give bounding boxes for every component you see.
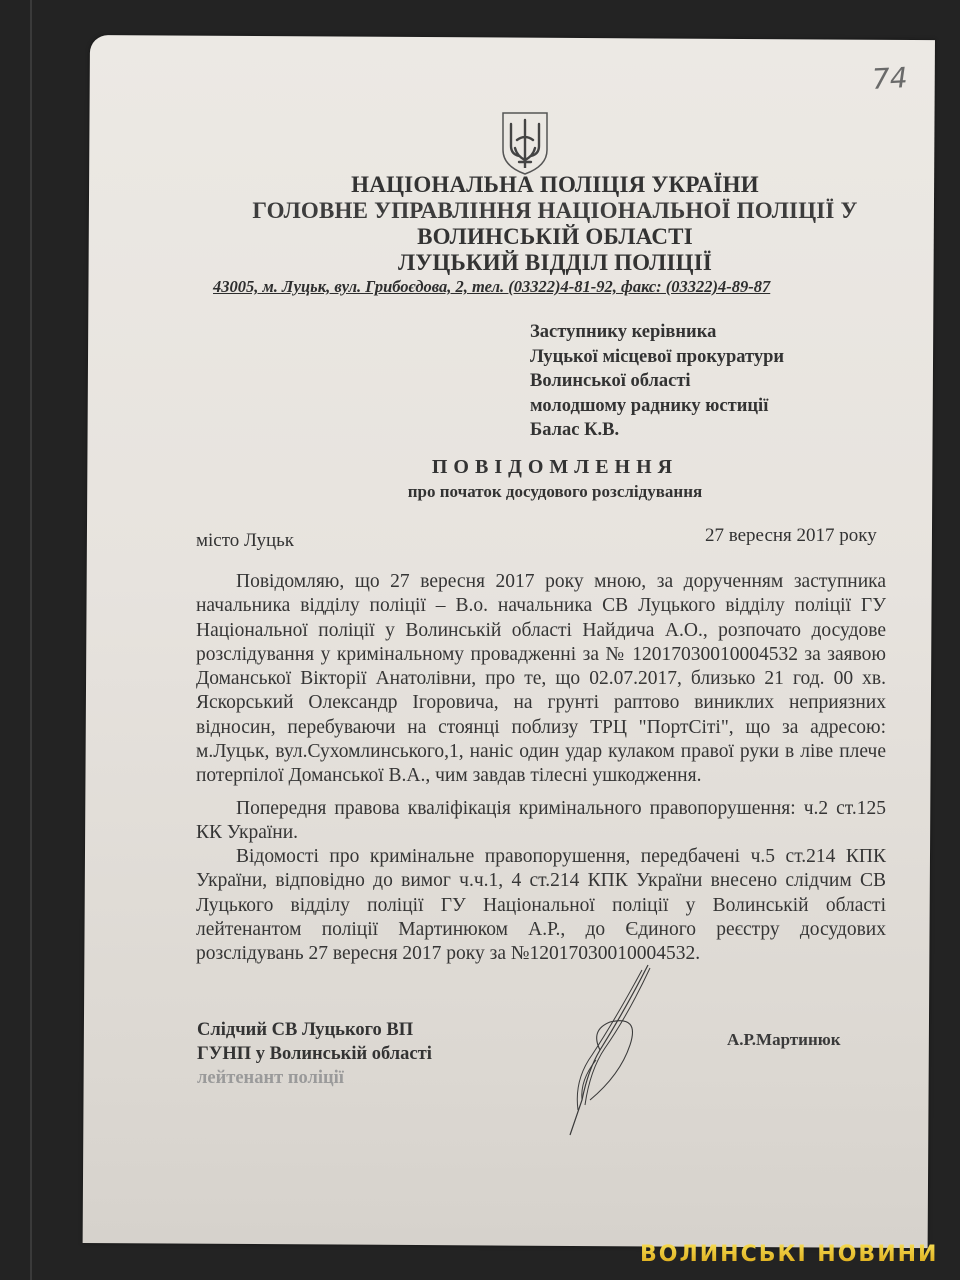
recipient-line: Луцької місцевої прокуратури	[530, 345, 784, 370]
paragraph-text: Повідомляю, що 27 вересня 2017 року мною…	[196, 570, 886, 789]
signatory-position: Слідчий СВ Луцького ВП ГУНП у Волинській…	[197, 1018, 432, 1090]
recipient-block: Заступнику керівника Луцької місцевої пр…	[530, 320, 784, 443]
signatory-position-line: лейтенант поліції	[197, 1066, 432, 1090]
recipient-line: молодшому раднику юстиції	[530, 394, 784, 419]
body-paragraph-qualification: Попередня правова кваліфікація криміналь…	[196, 797, 886, 846]
document-date: 27 вересня 2017 року	[705, 525, 877, 547]
recipient-line: Балас К.В.	[530, 418, 784, 443]
header-line-national-police: НАЦІОНАЛЬНА ПОЛІЦІЯ УКРАЇНИ	[200, 172, 910, 198]
header-address: 43005, м. Луцьк, вул. Грибоєдова, 2, тел…	[213, 277, 770, 297]
recipient-line: Заступнику керівника	[530, 320, 784, 345]
signatory-name: А.Р.Мартинюк	[727, 1030, 841, 1050]
watermark-logo: ВОЛИНСЬКІ НОВИНИ	[640, 1242, 938, 1267]
header-line-region: ВОЛИНСЬКІЙ ОБЛАСТІ	[200, 224, 910, 250]
recipient-line: Волинської області	[530, 369, 784, 394]
body-paragraph-notification: Повідомляю, що 27 вересня 2017 року мною…	[196, 570, 886, 789]
body-paragraph-registry: Відомості про кримінальне правопорушення…	[196, 845, 886, 966]
document-city: місто Луцьк	[196, 530, 294, 552]
background-edge	[30, 0, 32, 1280]
handwritten-page-number: 74	[871, 61, 908, 96]
document-title: ПОВІДОМЛЕННЯ	[200, 456, 910, 479]
signatory-position-line: Слідчий СВ Луцького ВП	[197, 1018, 432, 1042]
paragraph-text: Попередня правова кваліфікація криміналь…	[196, 797, 886, 846]
signatory-position-line: ГУНП у Волинській області	[197, 1042, 432, 1066]
trident-coat-of-arms-icon	[497, 110, 553, 176]
document-subtitle: про початок досудового розслідування	[200, 482, 910, 502]
header-line-main-department: ГОЛОВНЕ УПРАВЛІННЯ НАЦІОНАЛЬНОЇ ПОЛІЦІЇ …	[200, 198, 910, 224]
paragraph-text: Відомості про кримінальне правопорушення…	[196, 845, 886, 966]
signature-scribble-icon	[530, 960, 690, 1140]
header-line-department: ЛУЦЬКИЙ ВІДДІЛ ПОЛІЦІЇ	[200, 250, 910, 276]
